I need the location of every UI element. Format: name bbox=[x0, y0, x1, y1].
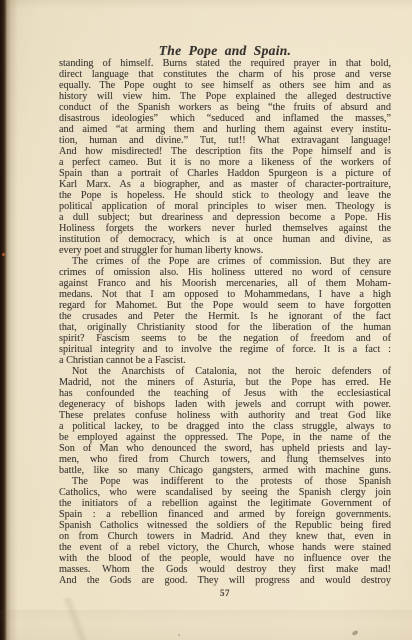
text-line: equally. The Pope ought to see himself a… bbox=[59, 80, 391, 91]
text-line: Spain : a rebellion financed and armed b… bbox=[59, 509, 391, 520]
text-line: Holiness forgets the workers never hurle… bbox=[59, 223, 391, 234]
text-line: history will view him. The Pope explaine… bbox=[59, 91, 391, 102]
text-line: Karl Marx. As a biographer, and as maste… bbox=[59, 179, 391, 190]
text-line: against Franco and his Moorish mercenari… bbox=[59, 278, 391, 289]
text-line: degeneracy of bishops laden with jewels … bbox=[59, 399, 391, 410]
page-number: 57 bbox=[59, 588, 391, 598]
text-line: spirit? Fascism seems to be the negation… bbox=[59, 333, 391, 344]
text-line: medans. Not that I am opposed to Mohamme… bbox=[59, 289, 391, 300]
text-line: a perfect cameo. But it is no more a lik… bbox=[59, 157, 391, 168]
text-line: a dull subject; but dreariness and depre… bbox=[59, 212, 391, 223]
paper-shadow-band bbox=[0, 610, 412, 624]
text-line: masses. Whom the Gods would destroy they… bbox=[59, 564, 391, 575]
book-spine-edge bbox=[0, 0, 18, 640]
book-page: The Pope and Spain. standing of himself.… bbox=[0, 0, 412, 640]
text-line: conduct of the Spanish workers as being … bbox=[59, 102, 391, 113]
text-block: standing of himself. Burns stated the re… bbox=[59, 58, 391, 586]
running-header: The Pope and Spain. bbox=[59, 43, 391, 58]
text-line: the crusades and Peter the Hermit. Is he… bbox=[59, 311, 391, 322]
text-line: These prelates confuse holiness with aut… bbox=[59, 410, 391, 421]
text-line: Spanish Catholics witnessed the soldiers… bbox=[59, 520, 391, 531]
text-line: the event of a rebel victory, the Church… bbox=[59, 542, 391, 553]
text-line: tion, human and divine.” Tut, tut!! What… bbox=[59, 135, 391, 146]
text-line: disastrous ideologies” which “seduced an… bbox=[59, 113, 391, 124]
text-line: with the blood of the people, would have… bbox=[59, 553, 391, 564]
text-line: spiritual integrity and to involve the r… bbox=[59, 344, 391, 355]
text-line: Not the Anarchists of Catalonia, not the… bbox=[59, 366, 391, 377]
text-line: crimes of omission also. His holiness ut… bbox=[59, 267, 391, 278]
text-line: every poet and struggler for human liber… bbox=[59, 245, 391, 256]
text-line: The crimes of the Pope are crimes of com… bbox=[59, 256, 391, 267]
text-line: regard for Mahomet. But the Pope would s… bbox=[59, 300, 391, 311]
text-line: on from Church towers in Madrid. And the… bbox=[59, 531, 391, 542]
text-line: Spain than a portrait of Charles Haddon … bbox=[59, 168, 391, 179]
paper-crease bbox=[0, 598, 150, 640]
text-line: has confounded the teaching of Jesus wit… bbox=[59, 388, 391, 399]
text-line: And the Gods are good. They will progres… bbox=[59, 575, 391, 586]
text-line: Madrid, not the miners of Asturia, but t… bbox=[59, 377, 391, 388]
text-line: The Pope was indifferent to the protests… bbox=[59, 476, 391, 487]
text-line: institution of democracy, which is at on… bbox=[59, 234, 391, 245]
paper-speck bbox=[178, 634, 180, 636]
text-line: battle, like so many Chicago gangsters, … bbox=[59, 465, 391, 476]
paper-speck bbox=[351, 630, 358, 636]
text-line: a Christian cannot be a Fascist. bbox=[59, 355, 391, 366]
text-line: a political lackey, to be dragged into t… bbox=[59, 421, 391, 432]
text-line: Catholics, who were scandalised by seein… bbox=[59, 487, 391, 498]
text-line: the initiators of a rebellion against th… bbox=[59, 498, 391, 509]
text-line: be employed against the oppressed. The P… bbox=[59, 432, 391, 443]
text-line: that, originally Christianity stood for … bbox=[59, 322, 391, 333]
text-line: political application of moral principle… bbox=[59, 201, 391, 212]
text-line: the Pope is hopeless. He should stick to… bbox=[59, 190, 391, 201]
text-line: standing of himself. Burns stated the re… bbox=[59, 58, 391, 69]
text-line: Son of Man who denounced the sword, has … bbox=[59, 443, 391, 454]
text-line: direct language that constitutes the cha… bbox=[59, 69, 391, 80]
text-line: And how misdirected! The description fit… bbox=[59, 146, 391, 157]
text-line: and aimed “at arming them and hurling th… bbox=[59, 124, 391, 135]
text-line: men, who fired from Church towers, and f… bbox=[59, 454, 391, 465]
